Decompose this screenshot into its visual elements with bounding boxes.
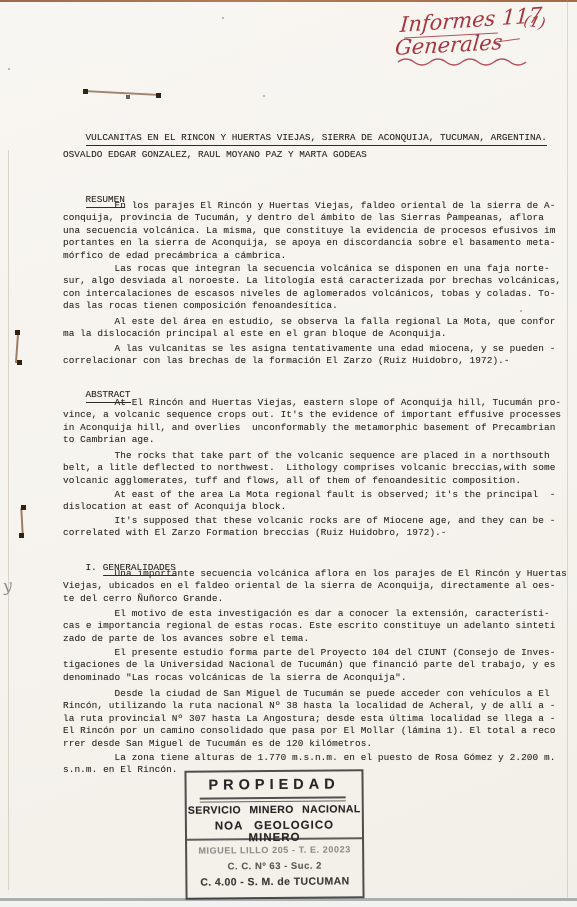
resumen-paragraph-3: Al este del área en estudio, se observa … [63, 316, 555, 341]
generalidades-paragraph-1: Una importante secuencia volcánica aflor… [63, 568, 567, 605]
handwritten-wavy-underline [396, 55, 536, 67]
abstract-paragraph-2: The rocks that take part of the volcanic… [63, 450, 555, 487]
staple-mark-top [85, 90, 159, 96]
staple-mark-left-1 [15, 333, 19, 363]
scanned-document-page: Informes 117 (1) Generales y VULCANITAS … [0, 0, 577, 907]
stamp-underline [200, 796, 346, 802]
handwritten-note-paren: (1) [522, 12, 548, 33]
scan-left-edge [8, 150, 9, 890]
scan-right-edge [567, 0, 568, 907]
margin-check-mark: y [2, 575, 14, 595]
abstract-paragraph-4: It's supposed that these volcanic rocks … [63, 515, 555, 540]
abstract-paragraph-3: At east of the area La Mota regional fau… [63, 489, 555, 514]
stamp-noa-geologico: NOA GEOLOGICO MINERO [187, 819, 362, 845]
staple-mark-left-2 [20, 508, 23, 535]
resumen-paragraph-4: A las vulcanitas se les asigna tentativa… [63, 343, 555, 368]
scan-bottom-margin [0, 901, 577, 907]
staple-dot [156, 93, 161, 98]
stamp-ciudad: C. 4.00 - S. M. de TUCUMAN [187, 875, 362, 889]
staple-dot [126, 95, 130, 99]
staple-dot [17, 360, 22, 365]
generalidades-paragraph-3: El presente estudio forma parte del Proy… [63, 647, 555, 684]
scan-top-edge [0, 0, 577, 2]
staple-dot [83, 89, 88, 94]
stamp-propiedad: PROPIEDAD [187, 776, 362, 794]
staple-dot [21, 505, 26, 510]
staple-dot [15, 330, 20, 335]
generalidades-paragraph-2: El motivo de esta investigación es dar a… [63, 608, 555, 645]
resumen-paragraph-1: En los parajes El Rincón y Huertas Vieja… [63, 200, 555, 262]
dust-speck [8, 68, 10, 70]
stamp-servicio-minero: SERVICIO MINERO NACIONAL [187, 803, 362, 817]
generalidades-paragraph-4: Desde la ciudad de San Miguel de Tucumán… [63, 688, 555, 750]
stamp-casilla: C. C. Nº 63 - Suc. 2 [187, 860, 362, 873]
document-title-text: VULCANITAS EN EL RINCON Y HUERTAS VIEJAS… [86, 132, 547, 146]
abstract-paragraph-1: At El Rincón and Huertas Viejas, eastern… [63, 397, 561, 447]
authors-line: OSVALDO EDGAR GONZALEZ, RAUL MOYANO PAZ … [63, 149, 367, 161]
resumen-paragraph-2: Las rocas que integran la secuencia volc… [63, 263, 561, 313]
staple-dot [19, 533, 24, 538]
dust-speck [222, 17, 224, 19]
stamp-address: MIGUEL LILLO 205 - T. E. 20023 [187, 844, 362, 856]
dust-speck [263, 95, 265, 97]
property-stamp: PROPIEDAD SERVICIO MINERO NACIONAL NOA G… [184, 769, 364, 900]
